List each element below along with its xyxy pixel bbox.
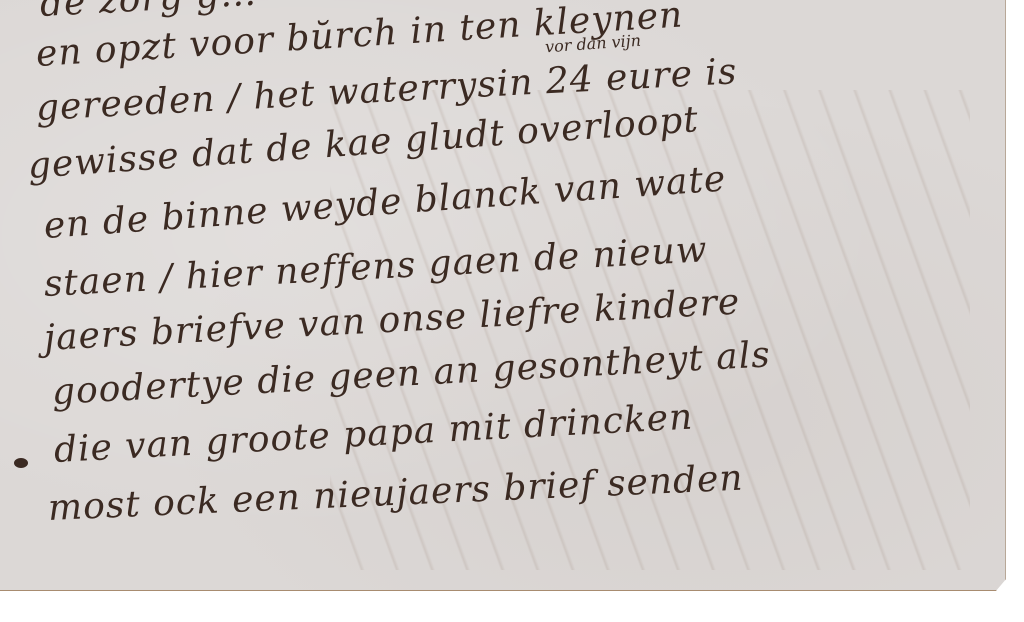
text-line-1: de zorg g… [39,0,258,25]
ink-flourish-mark [14,458,28,468]
text-line-10: most ock een nieujaers brief senden [47,458,744,529]
manuscript-page: de zorg g… en opzt voor bŭrch in ten kle… [0,0,1006,591]
